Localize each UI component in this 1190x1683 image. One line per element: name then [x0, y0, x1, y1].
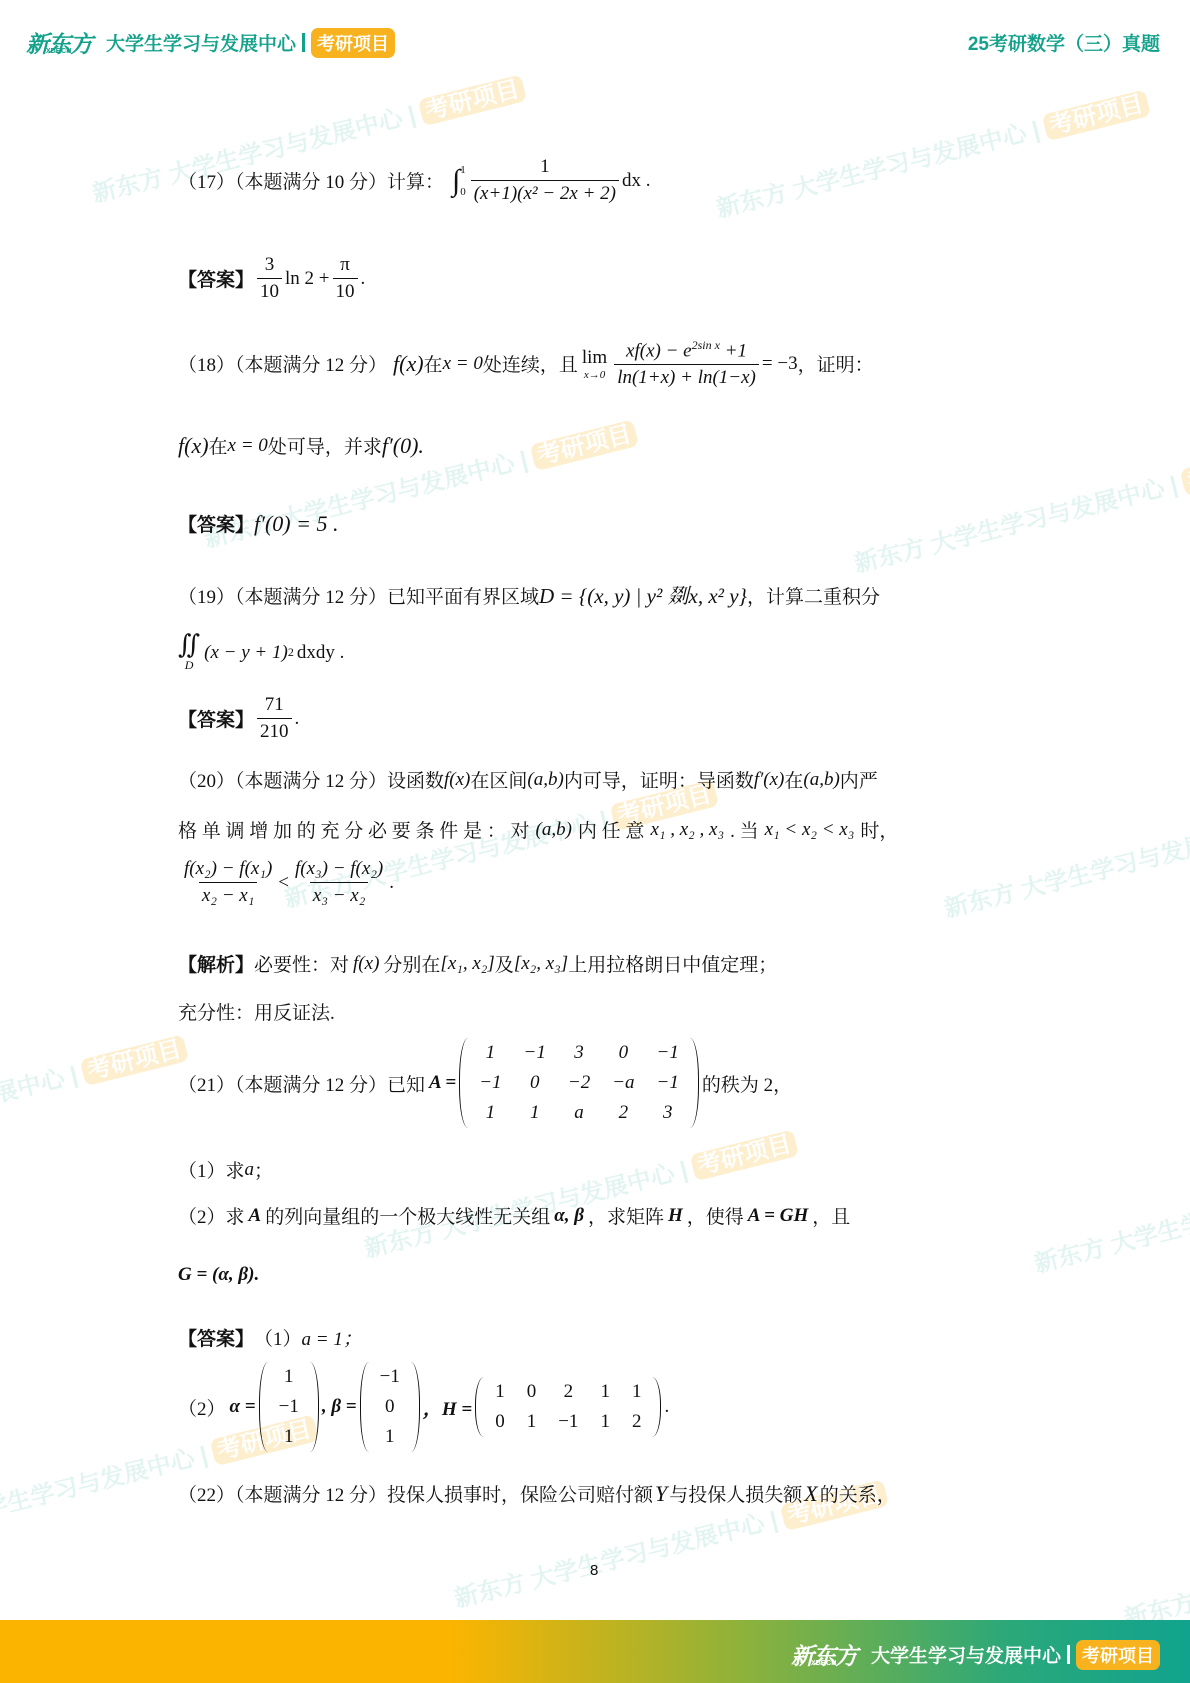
integral-lower: 0 — [460, 181, 466, 203]
q17-label: （17）（本题满分 10 分）计算： — [178, 167, 444, 194]
page-header: 新东方XDF.CN 大学生学习与发展中心 考研项目 25考研数学（三）真题 — [0, 0, 1190, 80]
q19-label: （19）（本题满分 12 分）已知平面有界区域 — [178, 582, 539, 609]
q20-inequality: f(x₂) − f(x₁)x₂ − x₁ < f(x₃) − f(x₂)x₃ −… — [178, 858, 394, 907]
logo-divider — [302, 33, 305, 52]
logo-badge: 考研项目 — [1076, 1640, 1160, 1670]
answer-label: 【答案】 — [178, 705, 254, 732]
q17-fraction: 1 (x+1)(x² − 2x + 2) — [471, 156, 619, 205]
question-17: （17）（本题满分 10 分）计算： ∫ 1 0 1 (x+1)(x² − 2x… — [178, 156, 651, 205]
footer-logo: 新东方XDF.CN 大学生学习与发展中心 考研项目 — [791, 1638, 1160, 1671]
q20-label: （20）（本题满分 12 分）设函数 — [178, 766, 444, 793]
analysis-label: 【解析】 — [178, 950, 254, 977]
logo-center-text: 大学生学习与发展中心 — [106, 29, 296, 56]
q21-part-1: （1）求a； — [178, 1156, 273, 1183]
xdf-logo-mark: 新东方XDF.CN — [26, 26, 92, 59]
q21-answer-1: 【答案】 （1） a = 1； — [178, 1324, 362, 1351]
q18-label: （18）（本题满分 12 分） — [178, 350, 387, 377]
integral-sign: ∫ — [452, 164, 460, 198]
xdf-logo-mark: 新东方XDF.CN — [791, 1638, 857, 1671]
question-18: （18）（本题满分 12 分） f(x) 在 x = 0 处连续，且 lim x… — [178, 338, 874, 389]
q17-tail: dx . — [622, 170, 651, 192]
q18-limit-fraction: xf(x) − e2sin x +1 ln(1+x) + ln(1−x) — [614, 338, 759, 389]
q21-part-2-line-2: G = (α, β). — [178, 1264, 259, 1286]
q20-analysis: 【解析】 必要性：对 f(x) 分别在 [x₁, x₂] 及 [x₂, x₃] … — [178, 950, 777, 977]
q22-label: （22）（本题满分 12 分）投保人损事时，保险公司赔付额 — [178, 1480, 653, 1507]
watermark: 新东方 大学生学习与发展中心 |考研项目 — [1030, 1138, 1190, 1279]
answer-label: 【答案】 — [178, 1324, 254, 1351]
answer-label: 【答案】 — [178, 265, 254, 292]
logo-center-text: 大学生学习与发展中心 — [871, 1641, 1061, 1668]
watermark: 新东方 大学生学习与发展中心 |考研项目 — [360, 1123, 799, 1264]
page-footer: 新东方XDF.CN 大学生学习与发展中心 考研项目 — [0, 1620, 1190, 1683]
question-19: （19）（本题满分 12 分）已知平面有界区域 D = {(x, y) | y²… — [178, 580, 880, 610]
watermark: 新东方 大学生学习与发展中心 |考研项目 — [940, 783, 1190, 924]
q18-answer: 【答案】 f′(0) = 5 . — [178, 510, 338, 537]
integral-upper: 1 — [460, 159, 466, 181]
answer-label: 【答案】 — [178, 510, 254, 537]
logo-badge: 考研项目 — [311, 28, 395, 58]
matrix-A: 1−130−1 −10−2−a−1 11a23 — [459, 1038, 699, 1128]
question-21: （21）（本题满分 12 分）已知 A = 1−130−1 −10−2−a−1 … — [178, 1038, 792, 1128]
q19-answer: 【答案】 71210 . — [178, 694, 299, 743]
vector-beta: −1 0 1 — [360, 1362, 420, 1452]
document-title: 25考研数学（三）真题 — [968, 29, 1160, 56]
watermark: 新东方 大学生学习与发展中心 |考研项目 — [850, 438, 1190, 579]
q21-part-2: （2）求 A 的列向量组的一个极大线性无关组 α, β ，求矩阵 H ，使得 A… — [178, 1202, 850, 1229]
q20-line-2: 格 单 调 增 加 的 充 分 必 要 条 件 是 ： 对 (a,b) 内 任 … — [178, 816, 898, 843]
q19-integral: ∬ D (x − y + 1)2 dxdy . — [178, 632, 344, 673]
q20-analysis-line-2: 充分性：用反证法. — [178, 998, 335, 1025]
question-22: （22）（本题满分 12 分）投保人损事时，保险公司赔付额 Y 与投保人损失额 … — [178, 1480, 896, 1507]
q17-answer: 【答案】 310 ln 2 + π10 . — [178, 254, 365, 303]
q18-line-2: f(x) 在 x = 0 处可导，并求 f′(0). — [178, 432, 424, 459]
header-logo: 新东方XDF.CN 大学生学习与发展中心 考研项目 — [26, 26, 395, 59]
watermark: 新东方 大学生学习与发展中心 |考研项目 — [712, 83, 1151, 224]
watermark: 新东方 大学生学习与发展中心 |考研项目 — [0, 1028, 189, 1169]
question-20: （20）（本题满分 12 分）设函数 f(x)在区间 (a,b)内可导，证明：导… — [178, 766, 878, 793]
vector-alpha: 1 −1 1 — [259, 1362, 319, 1452]
q21-label: （21）（本题满分 12 分）已知 — [178, 1070, 425, 1097]
page-number: 8 — [590, 1562, 598, 1579]
matrix-H: 10211 01−112 — [475, 1377, 661, 1437]
q21-answer-2: （2） α = 1 −1 1 , β = −1 0 1 ，H = 1021 — [178, 1362, 669, 1452]
logo-divider — [1067, 1645, 1070, 1664]
answer-text: ln 2 + — [285, 268, 330, 290]
